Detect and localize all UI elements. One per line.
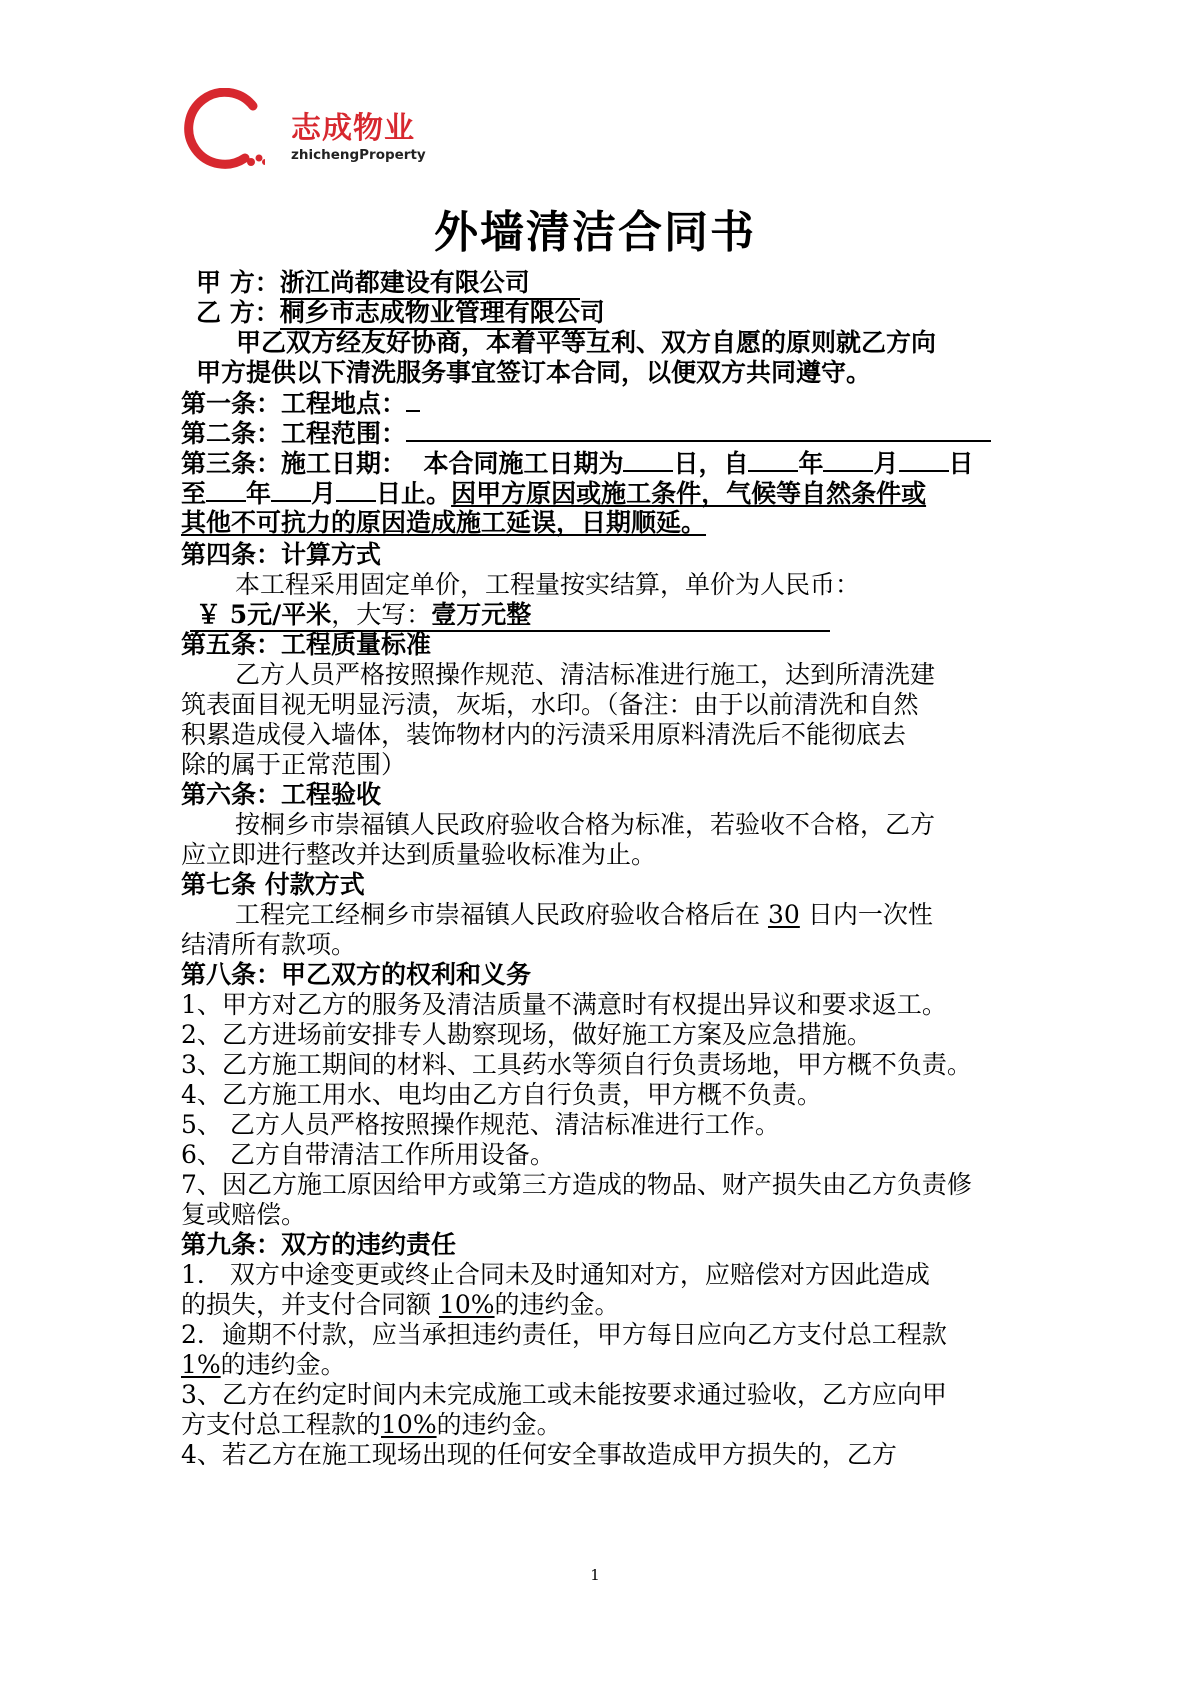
penalty-text: 的违约金。 <box>495 1290 620 1319</box>
article-3-label: 第三条：施工日期： <box>181 449 406 478</box>
article-8-item: 3、乙方施工期间的材料、工具药水等须自行负责场地，甲方概不负责。 <box>181 1050 972 1080</box>
article-9-item-1-line-1: 1． 双方中途变更或终止合同未及时通知对方，应赔偿对方因此造成 <box>181 1260 930 1290</box>
article-9-item-2-line-1: 2．逾期不付款，应当承担违约责任，甲方每日应向乙方支付总工程款 <box>181 1320 947 1350</box>
article-4-text: 本工程采用固定单价，工程量按实结算，单价为人民币： <box>181 570 860 600</box>
party-b-value: 桐乡市志成物业管理有限公司 <box>280 298 596 330</box>
article-6-line: 按桐乡市崇福镇人民政府验收合格为标准，若验收不合格，乙方 <box>181 810 935 840</box>
article-8-item: 7、因乙方施工原因给甲方或第三方造成的物品、财产损失由乙方负责修 <box>181 1170 972 1200</box>
penalty-text: 的违约金。 <box>437 1410 562 1439</box>
day2-label: 日 <box>949 449 974 478</box>
article-6-heading: 第六条：工程验收 <box>181 780 381 810</box>
delay-clause-1: 因甲方原因或施工条件，气候等自然条件或 <box>451 479 926 508</box>
late-payment-rate: 1% <box>181 1350 221 1379</box>
article-9-item-1-line-2: 的损失，并支付合同额 10%的违约金。 <box>181 1290 620 1320</box>
article-9-heading: 第九条：双方的违约责任 <box>181 1230 456 1260</box>
party-b-line: 乙 方：桐乡市志成物业管理有限公司 <box>196 298 596 330</box>
article-4-heading: 第四条：计算方式 <box>181 540 381 570</box>
article-7-line-2: 结清所有款项。 <box>181 930 356 960</box>
article-8-item: 复或赔偿。 <box>181 1200 306 1230</box>
scope-blank <box>406 418 991 442</box>
article-5-line: 筑表面目视无明显污渍，灰垢，水印。（备注：由于以前清洗和自然 <box>181 690 919 720</box>
article-7-heading: 第七条 付款方式 <box>181 870 365 900</box>
article-7-line-1: 工程完工经桐乡市崇福镇人民政府验收合格后在30日内一次性 <box>181 900 933 930</box>
payment-days: 30 <box>760 900 808 929</box>
end-day-blank <box>336 478 376 502</box>
delay-penalty-rate: 10% <box>381 1410 437 1439</box>
caps-value: 壹万元整 <box>431 600 531 629</box>
month-label: 月 <box>873 449 898 478</box>
article-5-line: 除的属于正常范围） <box>181 750 406 780</box>
article-4-price-line: ￥ 5元/平米，大写：壹万元整 <box>190 600 830 632</box>
article-8-item: 4、乙方施工用水、电均由乙方自行负责，甲方概不负责。 <box>181 1080 822 1110</box>
article-3-line-2: 至年月日止。因甲方原因或施工条件，气候等自然条件或 <box>181 478 926 509</box>
start-day-blank <box>899 448 949 472</box>
article-9-item-3-line-2: 方支付总工程款的10%的违约金。 <box>181 1410 562 1440</box>
logo-chinese-name: 志成物业 <box>291 103 415 147</box>
day-label: 日，自 <box>673 449 748 478</box>
penalty-text: 的损失，并支付合同额 <box>181 1290 439 1319</box>
party-b-label: 乙 方： <box>196 298 280 327</box>
contract-page: 志成物业 zhichengProperty 外墙清洁合同书 甲 方：浙江尚都建设… <box>0 0 1190 1683</box>
duration-blank <box>623 448 673 472</box>
article-8-item: 6、 乙方自带清洁工作所用设备。 <box>181 1140 555 1170</box>
article-9-item-4-line-1: 4、若乙方在施工现场出现的任何安全事故造成甲方损失的，乙方 <box>181 1440 897 1470</box>
payment-text-b: 日内一次性 <box>808 900 933 929</box>
party-a-line: 甲 方：浙江尚都建设有限公司 <box>196 268 580 300</box>
year-label: 年 <box>798 449 823 478</box>
article-8-item: 2、乙方进场前安排专人勘察现场，做好施工方案及应急措施。 <box>181 1020 872 1050</box>
intro-line-1: 甲乙双方经友好协商，本着平等互利、双方自愿的原则就乙方向 <box>236 328 936 358</box>
article-2-heading: 第二条：工程范围： <box>181 418 991 449</box>
party-a-value: 浙江尚都建设有限公司 <box>280 268 580 300</box>
article-5-heading: 第五条：工程质量标准 <box>181 630 431 660</box>
article-3-line-3: 其他不可抗力的原因造成施工延误，日期顺延。 <box>181 508 706 538</box>
payment-text-a: 工程完工经桐乡市崇福镇人民政府验收合格后在 <box>235 900 760 929</box>
article-1-label: 第一条：工程地点： <box>181 389 406 418</box>
to-label: 至 <box>181 479 206 508</box>
logo-english-name: zhichengProperty <box>291 147 426 163</box>
article-5-line: 积累造成侵入墙体，装饰物材内的污渍采用原料清洗后不能彻底去 <box>181 720 906 750</box>
intro-line-2: 甲方提供以下清洗服务事宜签订本合同，以便双方共同遵守。 <box>196 358 871 388</box>
end-year-label: 年 <box>246 479 271 508</box>
article-9-item-2-line-2: 1%的违约金。 <box>181 1350 346 1380</box>
page-number: 1 <box>0 1566 1190 1584</box>
penalty-rate: 10% <box>439 1290 495 1319</box>
end-day-label: 日止。 <box>376 479 451 508</box>
caps-label: ，大写： <box>331 600 431 629</box>
article-3-line-1: 第三条：施工日期： 本合同施工日期为日，自年月日 <box>181 448 974 479</box>
article-8-item: 1、甲方对乙方的服务及清洁质量不满意时有权提出异议和要求返工。 <box>181 990 947 1020</box>
penalty-text: 的违约金。 <box>221 1350 346 1379</box>
start-month-blank <box>823 448 873 472</box>
article-8-item: 5、 乙方人员严格按照操作规范、清洁标准进行工作。 <box>181 1110 780 1140</box>
penalty-text: 方支付总工程款的 <box>181 1410 381 1439</box>
unit-price: ￥ 5元/平米 <box>190 600 331 629</box>
article-9-item-3-line-1: 3、乙方在约定时间内未完成施工或未能按要求通过验收，乙方应向甲 <box>181 1380 947 1410</box>
logo-ring-icon <box>183 88 265 170</box>
article-3-text: 本合同施工日期为 <box>423 449 623 478</box>
party-a-label: 甲 方： <box>196 268 280 297</box>
article-8-heading: 第八条：甲乙双方的权利和义务 <box>181 960 531 990</box>
company-logo: 志成物业 zhichengProperty <box>183 85 463 185</box>
start-year-blank <box>748 448 798 472</box>
article-1-heading: 第一条：工程地点： <box>181 388 420 419</box>
end-month-blank <box>271 478 311 502</box>
end-month-label: 月 <box>311 479 336 508</box>
article-6-line: 应立即进行整改并达到质量验收标准为止。 <box>181 840 656 870</box>
article-5-line: 乙方人员严格按照操作规范、清洁标准进行施工，达到所清洗建 <box>181 660 935 690</box>
article-2-label: 第二条：工程范围： <box>181 419 406 448</box>
end-year-blank <box>206 478 246 502</box>
location-blank <box>406 388 420 412</box>
document-title: 外墙清洁合同书 <box>0 196 1190 260</box>
